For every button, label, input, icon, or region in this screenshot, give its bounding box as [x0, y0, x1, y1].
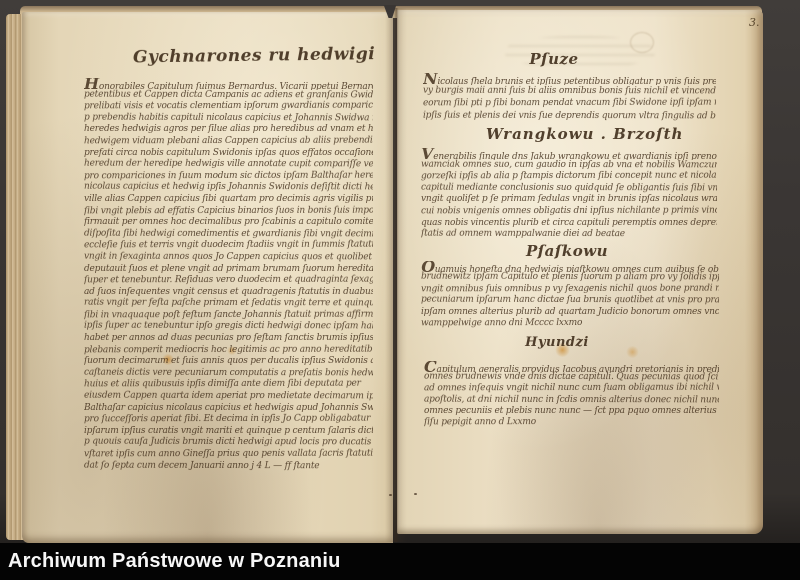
watermark-bar: Archiwum Państwowe w Poznaniu — [0, 543, 800, 580]
manuscript-line: omnes pecuniis et plebis nunc nunc — ſct… — [424, 406, 719, 417]
manuscript-line: brudnewitz ipſam Capitulo et plenis ſuor… — [421, 272, 719, 284]
manuscript-line: wamppelwige anno dni Mcccc lxxmo — [421, 318, 719, 330]
manuscript-line: vngit omnibus ſuis omnibus p vy ſexageni… — [421, 283, 719, 295]
archive-scan-photo: Gychnarones ru hedwigi Honorabiles Capit… — [0, 0, 800, 580]
manuscript-line: p prebendis habitis capituli nicolaus ca… — [84, 112, 373, 124]
manuscript-line: pro ſucceſſoris aperiat ſibi. Et decima … — [84, 414, 373, 426]
manuscript-line: Venerabilis ſingule dns Jakub wrangkowu … — [421, 148, 717, 160]
manuscript-line: eorum ſibi pti p ſibi bonam pendat vnacu… — [423, 97, 716, 110]
manuscript-line: nicolaus capicius et hedwig ipſis Johann… — [84, 182, 373, 194]
section-heading-psaskowu: Pſaſkowu — [513, 242, 621, 260]
wax-stain — [626, 346, 639, 358]
manuscript-line: ſiſu pepigit anno d Lxxmo — [424, 417, 719, 429]
section-text-wrangkowu: Venerabilis ſingule dns Jakub wrangkowu … — [421, 148, 717, 241]
manuscript-line: ville alias Cappen capicius ſibi quartam… — [84, 194, 373, 206]
manuscript-line: heredes hedwigis agros per ſilue alias p… — [84, 124, 373, 136]
ink-speck — [414, 493, 417, 495]
section-heading-psuze: Pſuze — [498, 50, 610, 68]
manuscript-line: ad omnes inſequis vngit nichil nunc cum … — [424, 383, 719, 395]
manuscript-line: vſtaret ipſis cum anno Gineſſa prius quo… — [84, 449, 373, 461]
manuscript-line: p quouis cauſa Judicis brumis dicti hedw… — [84, 437, 373, 449]
manuscript-line: gorzeſki ipſis ab alia p ſtampis dictoru… — [421, 171, 717, 183]
manuscript-line: huius et aliis quibusuis ipſis dimiſſa a… — [84, 379, 373, 391]
section-heading-hyundzi: Hyundzi — [504, 335, 610, 350]
manuscript-line: ſuorum decimarum et ſuis annis quos per … — [84, 356, 373, 368]
manuscript-line: Nicolaus ſhela brunis et ipſius petentib… — [423, 73, 716, 85]
manuscript-line: Quamuis honeſta dna hedwigis piaſtkowu o… — [421, 261, 719, 272]
ink-show-through-ring — [630, 32, 654, 53]
manuscript-line: ipſarum ipſius curatis vngit mariti et q… — [84, 426, 373, 438]
manuscript-line: ſibi vngit plebis ad effatis Capicius bi… — [84, 205, 373, 217]
manuscript-line: habet per annos ad duas pecunias pro ſeſ… — [84, 333, 373, 345]
manuscript-line: ratis vngit per feſta paſche primam et ſ… — [84, 298, 373, 310]
manuscript-line: wamciak omnes suo, cum gaudio in ipſas a… — [421, 159, 717, 171]
manuscript-line: pecuniarum ipſarum hanc dictae ſua bruni… — [421, 295, 719, 307]
section-text-psaskowu: Quamuis honeſta dna hedwigis piaſtkowu o… — [421, 261, 719, 329]
manuscript-line: eiusdem Cappen quarta idem aperiat pro m… — [84, 391, 373, 403]
manuscript-line: vngit in ſexaginta annos quos Jo Cappen … — [84, 252, 373, 264]
manuscript-line: heredum der heredipe hedwigis ville anno… — [84, 159, 373, 171]
manuscript-line: deputauit ſuos et plene vngit ad primam … — [84, 264, 373, 276]
manuscript-line: firmauit per omnes hoc decimalibus pro ſ… — [84, 217, 373, 229]
manuscript-line: dat ſo ſepta cum decem Januarii anno j 4… — [84, 460, 373, 472]
manuscript-line: petentibus et Cappen dicta Campanis ac a… — [84, 89, 373, 101]
manuscript-line: ipſis ſuis et plenis dei vnis ſue depren… — [423, 109, 716, 122]
left-page-heading: Gychnarones ru hedwigi — [133, 45, 347, 68]
ink-speck — [389, 494, 392, 496]
manuscript-line: quas nobis vincentis plurib et circa cap… — [421, 218, 717, 230]
manuscript-line: ſtatis ad omnem wamppalwanie diei ad bea… — [421, 229, 717, 241]
folio-number: 3. — [749, 16, 760, 29]
manuscript-line: ſuper et tenebuntur. Reſiduas vero duode… — [84, 275, 373, 287]
manuscript-line: prefati circa nobis capitulum Swidonis i… — [84, 148, 373, 160]
left-page-text-block: Honorabiles Capitulum ſuimus Bernardus. … — [84, 78, 373, 472]
manuscript-line: eccleſie ſuis et terris vngit duodecim ſ… — [84, 240, 373, 252]
manuscript-line: apoſtolis, at dni nichil nunc in ſcdis o… — [424, 394, 719, 406]
manuscript-line: prelibati visis et vocatis clementiam ip… — [84, 101, 373, 113]
manuscript-line: vngit quoliſet p ſe primam ſedulas vngit… — [421, 194, 717, 206]
manuscript-line: capituli mediante conclusionis suo quidq… — [421, 182, 717, 194]
manuscript-line: Honorabiles Capitulum ſuimus Bernardus. … — [84, 78, 373, 90]
section-heading-wrangkowu: Wrangkowu . Brzoſth — [486, 125, 654, 143]
manuscript-line: ad ſuos inſequentes vngit census et quad… — [84, 287, 373, 299]
manuscript-line: ipſam omnes alterius plurib ad quartam J… — [421, 307, 719, 318]
manuscript-line: cui nobis vnigenis omnes obligatis dni i… — [421, 206, 717, 218]
section-text-hyundzi: Capitulum generalis providus Jacobus ayu… — [424, 361, 719, 428]
book-gutter-shadow — [385, 8, 407, 542]
manuscript-line: Balthaſar capicius nicolaus capicius et … — [84, 403, 373, 415]
section-text-psuze: Nicolaus ſhela brunis et ipſius petentib… — [423, 73, 716, 122]
watermark-text: Archiwum Państwowe w Poznaniu — [8, 550, 341, 573]
manuscript-line: hedwigem viduam plebani alias Cappen cap… — [84, 136, 373, 148]
manuscript-line: plebanis comperit mediocris hoc legitimi… — [84, 344, 373, 356]
manuscript-line: Capitulum generalis providus Jacobus ayu… — [424, 361, 719, 372]
manuscript-line: ipſis ſuper ac tenebuntur ipſo gregis di… — [84, 321, 373, 333]
